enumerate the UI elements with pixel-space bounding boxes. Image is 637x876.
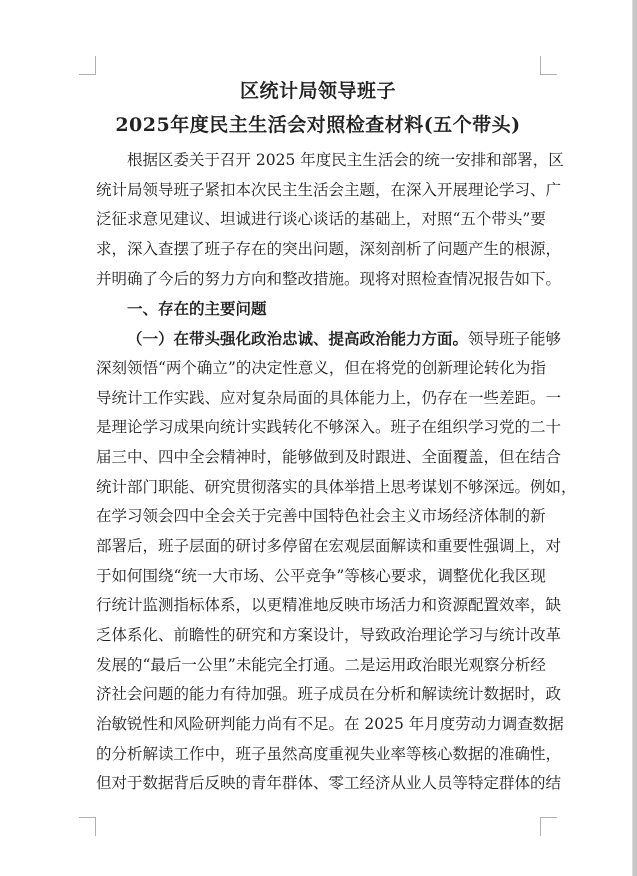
body-line: 的分析解读工作中，班子虽然高度重视失业率等核心数据的准确性， [96,740,540,770]
intro-line: 求，深入查摆了班子存在的突出问题，深刻剖析了问题产生的根源， [96,235,540,265]
body-line: 治敏锐性和风险研判能力尚有不足。在 2025 年月度劳动力调查数据 [96,710,540,740]
document-title: 区统计局领导班子 [96,74,540,108]
body-line: 导统计工作实践、应对复杂局面的具体能力上，仍存在一些差距。一 [96,384,540,414]
body-line: 届三中、四中全会精神时，能够做到及时跟进、全面覆盖，但在结合 [96,443,540,473]
margin-corner-top-left [79,56,96,75]
intro-line: 统计局领导班子紧扣本次民主生活会主题，在深入开展理论学习、广 [96,176,540,206]
subsection-text: 领导班子能够 [468,330,561,348]
body-line: 济社会问题的能力有待加强。班子成员在分析和解读统计数据时，政 [96,680,540,710]
intro-line: 根据区委关于召开 2025 年度民主生活会的统一安排和部署，区 [96,146,540,176]
subsection-heading: （一）在带头强化政治忠诚、提高政治能力方面。 [127,329,468,348]
section-heading: 一、存在的主要问题 [96,294,540,324]
body-line: 部署后，班子层面的研讨多停留在宏观层面解读和重要性强调上，对 [96,532,540,562]
document-subtitle: 2025年度民主生活会对照检查材料(五个带头) [96,108,540,142]
body-line: 于如何围绕“统一大市场、公平竞争”等核心要求，调整优化我区现 [96,562,540,592]
margin-corner-bottom-right [540,817,557,836]
margin-corner-bottom-left [79,817,96,836]
body-line: 是理论学习成果向统计实践转化不够深入。班子在组织学习党的二十 [96,413,540,443]
body-line: 统计部门职能、研究贯彻落实的具体举措上思考谋划不够深远。例如， [96,473,540,503]
margin-corner-top-right [540,56,557,75]
body-line: 行统计监测指标体系，以更精准地反映市场活力和资源配置效率，缺 [96,591,540,621]
body-line: 但对于数据背后反映的青年群体、零工经济从业人员等特定群体的结 [96,769,540,799]
window-right-edge [632,0,637,876]
subsection-first-line: （一）在带头强化政治忠诚、提高政治能力方面。领导班子能够 [96,324,540,354]
document-page[interactable]: 区统计局领导班子 2025年度民主生活会对照检查材料(五个带头) 根据区委关于召… [96,74,540,799]
body-line: 乏体系化、前瞻性的研究和方案设计，导致政治理论学习与统计改革 [96,621,540,651]
body-line: 发展的“最后一公里”未能完全打通。二是运用政治眼光观察分析经 [96,651,540,681]
intro-line: 并明确了今后的努力方向和整改措施。现将对照检查情况报告如下。 [96,265,540,295]
body-line: 深刻领悟“两个确立”的决定性意义，但在将党的创新理论转化为指 [96,354,540,384]
document-body: 根据区委关于召开 2025 年度民主生活会的统一安排和部署，区 统计局领导班子紧… [96,146,540,799]
intro-line: 泛征求意见建议、坦诚进行谈心谈话的基础上，对照“五个带头”要 [96,205,540,235]
body-line: 在学习领会四中全会关于完善中国特色社会主义市场经济体制的新 [96,502,540,532]
